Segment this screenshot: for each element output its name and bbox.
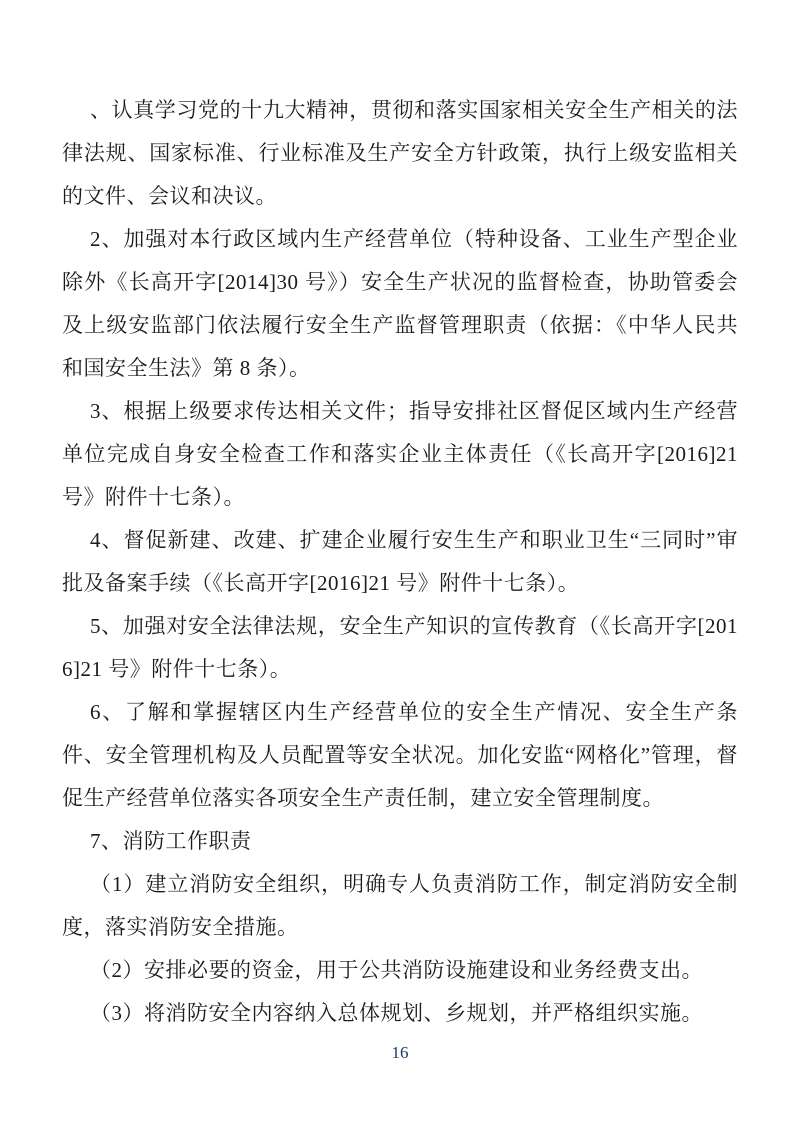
paragraph-fire-item-3: （3）将消防安全内容纳入总体规划、乡规划，并严格组织实施。 (62, 992, 738, 1035)
paragraph-duty-3: 3、根据上级要求传达相关文件；指导安排社区督促区域内生产经营单位完成自身安全检查… (62, 390, 738, 519)
paragraph-duty-5: 5、加强对安全法律法规，安全生产知识的宣传教育（《长高开字[2016]21 号》… (62, 605, 738, 691)
paragraph-fire-item-2: （2）安排必要的资金，用于公共消防设施建设和业务经费支出。 (62, 949, 738, 992)
page-footer: 16 (0, 1042, 800, 1064)
paragraph-duty-2: 2、加强对本行政区域内生产经营单位（特种设备、工业生产型企业除外《长高开字[20… (62, 218, 738, 390)
paragraph-duty-4: 4、督促新建、改建、扩建企业履行安生生产和职业卫生“三同时”审批及备案手续（《长… (62, 519, 738, 605)
paragraph-fire-item-1: （1）建立消防安全组织，明确专人负责消防工作，制定消防安全制度，落实消防安全措施… (62, 863, 738, 949)
document-page: 、认真学习党的十九大精神，贯彻和落实国家相关安全生产相关的法律法规、国家标准、行… (0, 0, 800, 1132)
paragraph-duty-7-heading: 7、消防工作职责 (62, 820, 738, 863)
paragraph-duty-study: 、认真学习党的十九大精神，贯彻和落实国家相关安全生产相关的法律法规、国家标准、行… (62, 89, 738, 218)
document-body: 、认真学习党的十九大精神，贯彻和落实国家相关安全生产相关的法律法规、国家标准、行… (62, 89, 738, 1035)
page-number: 16 (392, 1043, 409, 1062)
paragraph-duty-6: 6、了解和掌握辖区内生产经营单位的安全生产情况、安全生产条件、安全管理机构及人员… (62, 691, 738, 820)
